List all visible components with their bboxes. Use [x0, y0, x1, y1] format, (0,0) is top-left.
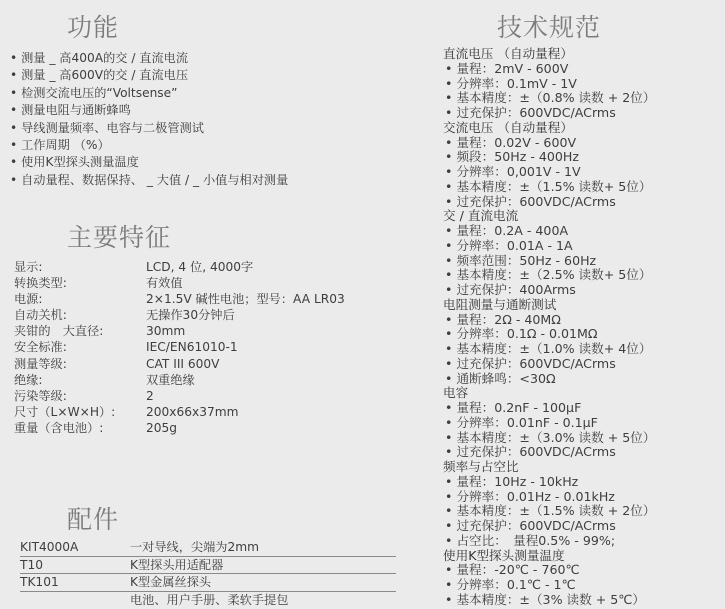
accessory-desc: K型金属丝探头: [130, 574, 211, 591]
features-table: 显示:LCD, 4 位, 4000字 转换类型:有效值 电源:2×1.5V 碱性…: [14, 259, 345, 436]
spec-item: 分辨率：0,001V - 1V: [443, 165, 656, 180]
feature-label: 污染等级:: [14, 388, 146, 404]
feature-label: 显示:: [14, 259, 146, 275]
list-item: 工作周期 （%）: [10, 137, 288, 154]
accessory-code: KIT4000A: [20, 539, 130, 556]
table-row: T10K型探头用适配器: [20, 557, 396, 575]
feature-value: 无操作30分钟后: [146, 307, 235, 323]
accessory-code: TK101: [20, 574, 130, 591]
feature-value: 2×1.5V 碱性电池；型号：AA LR03: [146, 291, 345, 307]
spec-item: 基本精度：±（1.0% 读数+ 4位）: [443, 342, 656, 357]
accessory-code: [20, 592, 130, 609]
spec-item: 过充保护：600VDC/ACrms: [443, 357, 656, 372]
spec-group-title: 电阻测量与通断测试: [443, 298, 656, 313]
tech-specs-title: 技术规范: [497, 8, 601, 44]
feature-value: 30mm: [146, 323, 185, 339]
spec-item: 分辨率：0.1Ω - 0.01MΩ: [443, 327, 656, 342]
table-row: 安全标准:IEC/EN61010-1: [14, 339, 345, 355]
spec-item: 量程：0.2A - 400A: [443, 224, 656, 239]
spec-item: 基本精度：±（3% 读数 + 5℃）: [443, 593, 656, 608]
spec-item: 分辨率：0.1mV - 1V: [443, 77, 656, 92]
table-row: 绝缘:双重绝缘: [14, 372, 345, 388]
features-title: 主要特征: [67, 218, 171, 254]
spec-item: 基本精度：±（1.5% 读数 + 2位）: [443, 504, 656, 519]
spec-item: 量程：2Ω - 40MΩ: [443, 313, 656, 328]
feature-value: 205g: [146, 420, 177, 436]
spec-group-title: 频率与占空比: [443, 460, 656, 475]
table-row: 污染等级:2: [14, 388, 345, 404]
list-item: 检测交流电压的“Voltsense”: [10, 85, 288, 102]
feature-label: 安全标准:: [14, 339, 146, 355]
list-item: 测量电阻与通断蜂鸣: [10, 102, 288, 119]
spec-item: 量程：0.2nF - 100μF: [443, 401, 656, 416]
spec-item: 过充保护：600VDC/ACrms: [443, 445, 656, 460]
table-row: KIT4000A一对导线，尖端为2mm: [20, 539, 396, 557]
spec-item: 过充保护：600VDC/ACrms: [443, 195, 656, 210]
table-row: 重量（含电池）:205g: [14, 420, 345, 436]
feature-label: 尺寸（L×W×H）:: [14, 404, 146, 420]
spec-item: 过充保护：400Arms: [443, 283, 656, 298]
spec-item: 过充保护：600VDC/ACrms: [443, 519, 656, 534]
spec-item: 量程：-20℃ - 760℃: [443, 563, 656, 578]
accessory-desc: 一对导线，尖端为2mm: [130, 539, 259, 556]
spec-group-title: 电容: [443, 386, 656, 401]
feature-label: 转换类型:: [14, 275, 146, 291]
spec-item: 基本精度：±（1.5% 读数+ 5位）: [443, 180, 656, 195]
feature-label: 夹钳的 大直径:: [14, 323, 146, 339]
spec-item: 基本精度：±（3.0% 读数 + 5位）: [443, 431, 656, 446]
spec-item: 分辨率：0.01Hz - 0.01kHz: [443, 490, 656, 505]
table-row: 夹钳的 大直径:30mm: [14, 323, 345, 339]
table-row: 自动关机:无操作30分钟后: [14, 307, 345, 323]
functions-title: 功能: [67, 8, 119, 44]
spec-group-title: 交流电压 （自动量程）: [443, 121, 656, 136]
feature-value: 有效值: [146, 275, 183, 291]
table-row: TK101K型金属丝探头: [20, 574, 396, 592]
table-row: 电源:2×1.5V 碱性电池；型号：AA LR03: [14, 291, 345, 307]
list-item: 使用K型探头测量温度: [10, 154, 288, 171]
functions-list: 测量 _ 高400A的交 / 直流电流 测量 _ 高600V的交 / 直流电压 …: [10, 50, 288, 189]
feature-value: 2: [146, 388, 154, 404]
spec-item: 频率范围：50Hz - 60Hz: [443, 254, 656, 269]
spec-item: 分辨率：0.01nF - 0.1μF: [443, 416, 656, 431]
feature-value: IEC/EN61010-1: [146, 339, 238, 355]
feature-label: 自动关机:: [14, 307, 146, 323]
spec-item: 基本精度：±（0.8% 读数 + 2位）: [443, 91, 656, 106]
spec-item: 占空比： 量程0.5% - 99%;: [443, 534, 656, 549]
list-item: 导线测量频率、电容与二极管测试: [10, 120, 288, 137]
feature-value: 双重绝缘: [146, 372, 195, 388]
table-row: 显示:LCD, 4 位, 4000字: [14, 259, 345, 275]
list-item: 测量 _ 高400A的交 / 直流电流: [10, 50, 288, 67]
spec-group-title: 直流电压 （自动量程）: [443, 47, 656, 62]
spec-item: 量程：10Hz - 10kHz: [443, 475, 656, 490]
table-row: 测量等级:CAT III 600V: [14, 356, 345, 372]
spec-group-title: 交 / 直流电流: [443, 209, 656, 224]
spec-group-title: 使用K型探头测量温度: [443, 549, 656, 564]
feature-value: 200x66x37mm: [146, 404, 238, 420]
spec-item: 量程：0.02V - 600V: [443, 136, 656, 151]
spec-item: 过充保护：600VDC/ACrms: [443, 106, 656, 121]
accessory-desc: K型探头用适配器: [130, 557, 223, 574]
accessories-title: 配件: [67, 500, 119, 536]
feature-label: 重量（含电池）:: [14, 420, 146, 436]
feature-label: 电源:: [14, 291, 146, 307]
list-item: 自动量程、数据保持、 _ 大值 / _ 小值与相对测量: [10, 172, 288, 189]
feature-label: 绝缘:: [14, 372, 146, 388]
accessory-desc: 电池、用户手册、柔软手提包: [130, 592, 288, 609]
feature-value: LCD, 4 位, 4000字: [146, 259, 253, 275]
spec-item: 频段：50Hz - 400Hz: [443, 150, 656, 165]
table-row: 尺寸（L×W×H）:200x66x37mm: [14, 404, 345, 420]
table-row: 电池、用户手册、柔软手提包: [20, 592, 396, 609]
spec-item: 通断蜂鸣：<30Ω: [443, 372, 656, 387]
spec-item: 分辨率：0.1℃ - 1℃: [443, 578, 656, 593]
spec-item: 基本精度：±（2.5% 读数+ 5位）: [443, 268, 656, 283]
accessories-table: KIT4000A一对导线，尖端为2mm T10K型探头用适配器 TK101K型金…: [20, 539, 396, 608]
spec-item: 量程：2mV - 600V: [443, 62, 656, 77]
accessory-code: T10: [20, 557, 130, 574]
list-item: 测量 _ 高600V的交 / 直流电压: [10, 67, 288, 84]
spec-item: 分辨率：0.01A - 1A: [443, 239, 656, 254]
table-row: 转换类型:有效值: [14, 275, 345, 291]
tech-specs-list: 直流电压 （自动量程） 量程：2mV - 600V 分辨率：0.1mV - 1V…: [443, 47, 656, 608]
feature-label: 测量等级:: [14, 356, 146, 372]
feature-value: CAT III 600V: [146, 356, 219, 372]
